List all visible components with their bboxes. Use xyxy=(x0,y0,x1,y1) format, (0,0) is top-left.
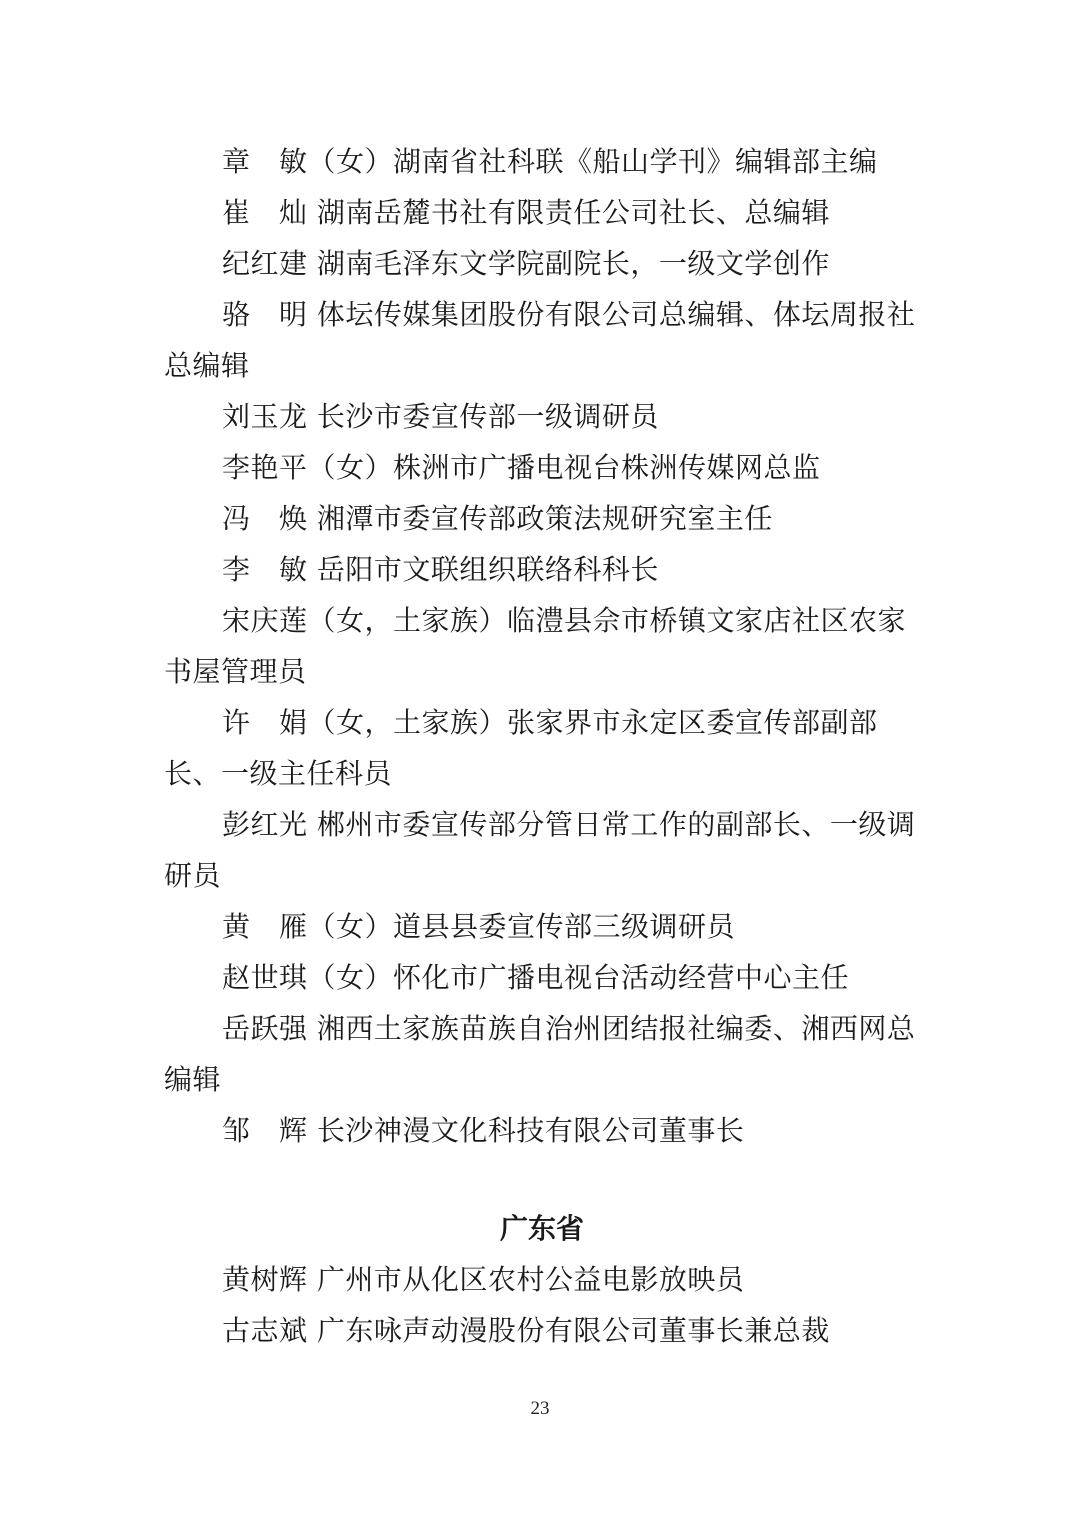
person-title: 广州市从化区农村公益电影放映员 xyxy=(317,1263,745,1296)
list-item: 李艳平（女）株洲市广播电视台株洲传媒网总监 xyxy=(164,442,920,493)
person-title: 长沙神漫文化科技有限公司董事长 xyxy=(317,1114,745,1147)
person-name: 彭红光 xyxy=(222,808,308,841)
person-name: 骆 明 xyxy=(222,298,308,331)
list-item: 章 敏（女）湖南省社科联《船山学刊》编辑部主编 xyxy=(164,136,920,187)
list-item: 许 娟（女，土家族）张家界市永定区委宣传部副部长、一级主任科员 xyxy=(164,697,920,799)
person-title: 岳阳市文联组织联络科科长 xyxy=(317,553,659,586)
list-item: 宋庆莲（女，土家族）临澧县佘市桥镇文家店社区农家书屋管理员 xyxy=(164,595,920,697)
list-item: 刘玉龙 长沙市委宣传部一级调研员 xyxy=(164,391,920,442)
list-item: 邹 辉 长沙神漫文化科技有限公司董事长 xyxy=(164,1105,920,1156)
person-title: 道县县委宣传部三级调研员 xyxy=(393,910,735,943)
list-item: 纪红建 湖南毛泽东文学院副院长，一级文学创作 xyxy=(164,238,920,289)
person-name: 李 敏 xyxy=(222,553,308,586)
person-name: 黄 雁（女） xyxy=(222,910,393,943)
list-item: 古志斌 广东咏声动漫股份有限公司董事长兼总裁 xyxy=(164,1305,920,1356)
person-name: 邹 辉 xyxy=(222,1114,308,1147)
person-title: 湖南岳麓书社有限责任公司社长、总编辑 xyxy=(317,196,830,229)
person-name: 纪红建 xyxy=(222,247,308,280)
list-item: 李 敏 岳阳市文联组织联络科科长 xyxy=(164,544,920,595)
list-item: 冯 焕 湘潭市委宣传部政策法规研究室主任 xyxy=(164,493,920,544)
person-title: 湘潭市委宣传部政策法规研究室主任 xyxy=(317,502,773,535)
list-item: 黄树辉 广州市从化区农村公益电影放映员 xyxy=(164,1254,920,1305)
person-name: 古志斌 xyxy=(222,1314,308,1347)
person-title: 长沙市委宣传部一级调研员 xyxy=(317,400,659,433)
person-name: 崔 灿 xyxy=(222,196,308,229)
list-item: 黄 雁（女）道县县委宣传部三级调研员 xyxy=(164,901,920,952)
person-title: 广东咏声动漫股份有限公司董事长兼总裁 xyxy=(317,1314,830,1347)
person-name: 刘玉龙 xyxy=(222,400,308,433)
person-name: 黄树辉 xyxy=(222,1263,308,1296)
page-number: 23 xyxy=(0,1398,1080,1420)
list-item: 彭红光 郴州市委宣传部分管日常工作的副部长、一级调研员 xyxy=(164,799,920,901)
person-name: 许 娟（女，土家族） xyxy=(222,706,507,739)
person-title: 怀化市广播电视台活动经营中心主任 xyxy=(393,961,849,994)
hunan-entries: 章 敏（女）湖南省社科联《船山学刊》编辑部主编 崔 灿 湖南岳麓书社有限责任公司… xyxy=(164,136,920,1156)
person-name: 赵世琪（女） xyxy=(222,961,393,994)
person-name: 冯 焕 xyxy=(222,502,308,535)
list-item: 崔 灿 湖南岳麓书社有限责任公司社长、总编辑 xyxy=(164,187,920,238)
person-name: 岳跃强 xyxy=(222,1012,308,1045)
person-name: 宋庆莲（女，土家族） xyxy=(222,604,507,637)
list-item: 赵世琪（女）怀化市广播电视台活动经营中心主任 xyxy=(164,952,920,1003)
person-title: 湖南毛泽东文学院副院长，一级文学创作 xyxy=(317,247,830,280)
person-name: 李艳平（女） xyxy=(222,451,393,484)
guangdong-entries: 黄树辉 广州市从化区农村公益电影放映员 古志斌 广东咏声动漫股份有限公司董事长兼… xyxy=(164,1254,920,1356)
list-item: 骆 明 体坛传媒集团股份有限公司总编辑、体坛周报社总编辑 xyxy=(164,289,920,391)
list-item: 岳跃强 湘西土家族苗族自治州团结报社编委、湘西网总编辑 xyxy=(164,1003,920,1105)
section-heading-guangdong: 广东省 xyxy=(164,1203,920,1254)
person-title: 株洲市广播电视台株洲传媒网总监 xyxy=(393,451,821,484)
person-name: 章 敏（女） xyxy=(222,145,393,178)
person-title: 湖南省社科联《船山学刊》编辑部主编 xyxy=(393,145,878,178)
